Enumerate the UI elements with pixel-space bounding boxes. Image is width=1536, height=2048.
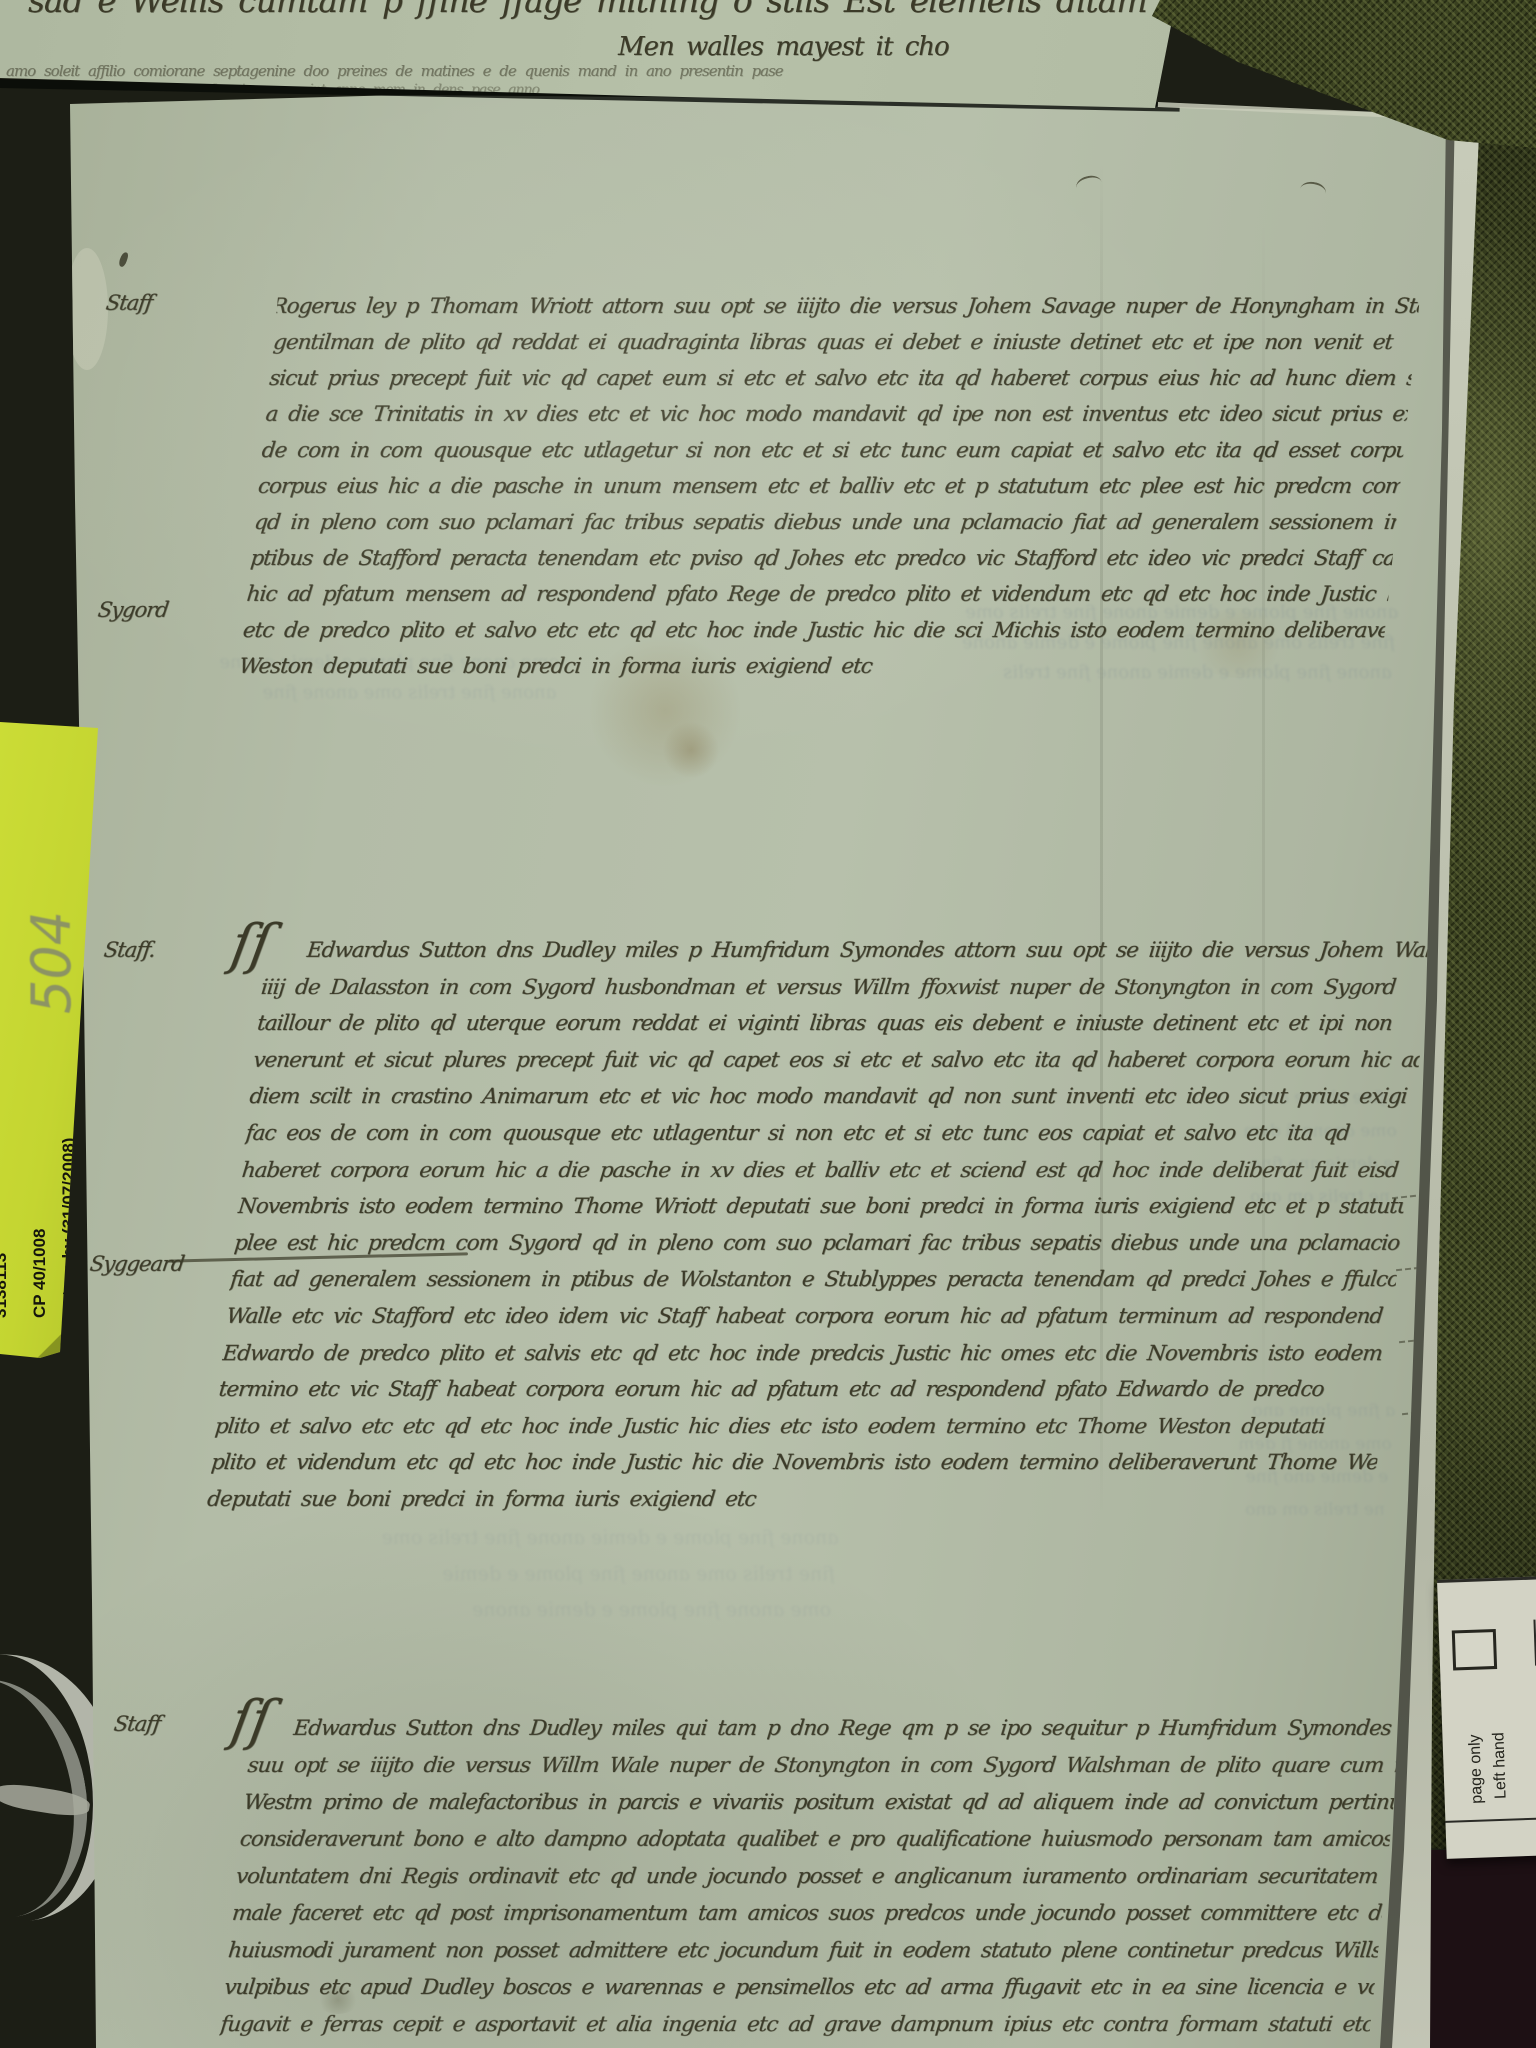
manuscript-photo: anone fine plome e demie anone fine trel… xyxy=(0,0,1536,2048)
cut-off-script-line: sad e Wellis cumtam p ffine ffage mithin… xyxy=(28,0,1158,18)
script-line: deputati sue boni predci in forma iuris … xyxy=(205,1482,1375,1519)
script-line: diem scilt in crastino Animarum etc et v… xyxy=(248,1079,1418,1116)
script-line: plito et salvo etc etc qd etc hoc inde J… xyxy=(213,1409,1383,1446)
margin-note-surety: Sygord xyxy=(96,598,169,622)
script-line: male faceret etc qd post imprisonamentum… xyxy=(230,1895,1384,1932)
parchment-stain xyxy=(662,722,720,778)
script-line: Edwardus Sutton dns Dudley miles p Humfr… xyxy=(263,933,1433,970)
script-line: plee est hic predcm com Sygord qd in ple… xyxy=(232,1226,1402,1263)
margin-note-county: Staff. xyxy=(102,938,156,962)
edge-tear xyxy=(66,248,108,370)
script-line: hic ad pfatum mensem ad respondend pfato… xyxy=(245,577,1391,613)
script-line: Edwardus Sutton dns Dudley miles qui tam… xyxy=(250,1710,1404,1747)
script-line: fiat ad generalem sessionem in ptibus de… xyxy=(228,1262,1398,1299)
script-line: Walle etc vic Stafford etc ideo idem vic… xyxy=(224,1299,1394,1336)
script-line: sicut prius precept fuit vic qd capet eu… xyxy=(267,361,1413,397)
label-cell-border xyxy=(1445,1817,1536,1823)
script-line: Edwardo de predco plito et salvis etc qd… xyxy=(221,1336,1391,1373)
ink-spot xyxy=(118,251,129,267)
margin-note-county: Staff xyxy=(104,291,153,315)
script-line: gentilman de plito qd reddat ei quadragi… xyxy=(271,325,1417,361)
script-line: plito et videndum etc qd etc hoc inde Ju… xyxy=(209,1445,1379,1482)
script-line: fugavit e ferras cepit e asportavit et a… xyxy=(219,2006,1373,2043)
script-line: consideraverunt bono e alto dampno adopt… xyxy=(238,1821,1392,1858)
barcode-number-partial: 3138113 xyxy=(0,1018,11,1318)
script-line: ptibus de Stafford peracta tenendam etc … xyxy=(249,541,1395,577)
script-line: termino etc vic Staff habeat corpora eor… xyxy=(217,1372,1387,1409)
script-line: a die sce Trinitatis in xv dies etc et v… xyxy=(264,397,1410,433)
faded-script-line: amo soleit affilio comiorane septagenine… xyxy=(6,62,1156,80)
script-line: etc de predco plito et salvo etc etc qd … xyxy=(241,613,1387,649)
script-line: fac eos de com in com quousque etc utlag… xyxy=(244,1116,1414,1153)
return-by-date: Return by (31/07/2008) xyxy=(59,1018,79,1318)
script-line: Weston deputati sue boni predci in forma… xyxy=(237,649,1383,685)
script-line: qd in pleno com suo pclamari fac tribus … xyxy=(252,505,1398,541)
script-line: de com in com quousque etc utlagetur si … xyxy=(260,433,1406,469)
table-shadow xyxy=(1424,1850,1536,2048)
script-line: Novembris isto eodem termino Thome Wriot… xyxy=(236,1189,1406,1226)
script-line: suu opt se iiijto die versus Willm Wale … xyxy=(246,1747,1400,1784)
label-text-line: Left hand xyxy=(1486,1619,1510,1800)
margin-note-surety: Syggeard xyxy=(88,1252,185,1276)
script-line: taillour de plito qd uterque eorum redda… xyxy=(255,1006,1425,1043)
script-line: corpus eius hic a die pasche in unum men… xyxy=(256,469,1402,505)
script-line: ℣ Rogerus ley p Thomam Wriott attorn suu… xyxy=(245,289,1421,325)
plea-roll-entry: Edwardus Sutton dns Dudley miles p Humfr… xyxy=(205,933,1433,1519)
plea-roll-entry: ℣ Rogerus ley p Thomam Wriott attorn suu… xyxy=(237,289,1421,685)
manuscript-page: anone fine plome e demie anone fine trel… xyxy=(0,0,1536,2048)
script-line: vulpibus etc apud Dudley boscos e warenn… xyxy=(222,1969,1376,2006)
script-line: huiusmodi jurament non posset admittere … xyxy=(226,1932,1380,1969)
script-line: voluntatem dni Regis ordinavit etc qd un… xyxy=(234,1858,1388,1895)
plea-roll-entry: Edwardus Sutton dns Dudley miles qui tam… xyxy=(219,1710,1404,2043)
script-line: haberet corpora eorum hic a die pasche i… xyxy=(240,1153,1410,1190)
membrane-heading: Men walles mayest it cho xyxy=(618,32,1163,62)
margin-note-county: Staff xyxy=(112,1712,161,1736)
archive-reference: CP 40/1008 xyxy=(30,1018,50,1318)
script-line: Westm primo de malefactoribus in parcis … xyxy=(242,1784,1396,1821)
ink-flourish-mark xyxy=(1299,180,1328,202)
bleed-through-text: anone fine plome e demie anone fine trel… xyxy=(229,1520,840,1628)
script-line: iiij de Dalasston in com Sygord husbondm… xyxy=(259,970,1429,1007)
script-line: venerunt et sicut plures precept fuit vi… xyxy=(251,1043,1421,1080)
handwritten-folio-number: 504 xyxy=(20,794,83,1014)
page-side-label: Left hand page only xyxy=(1437,1576,1536,1859)
